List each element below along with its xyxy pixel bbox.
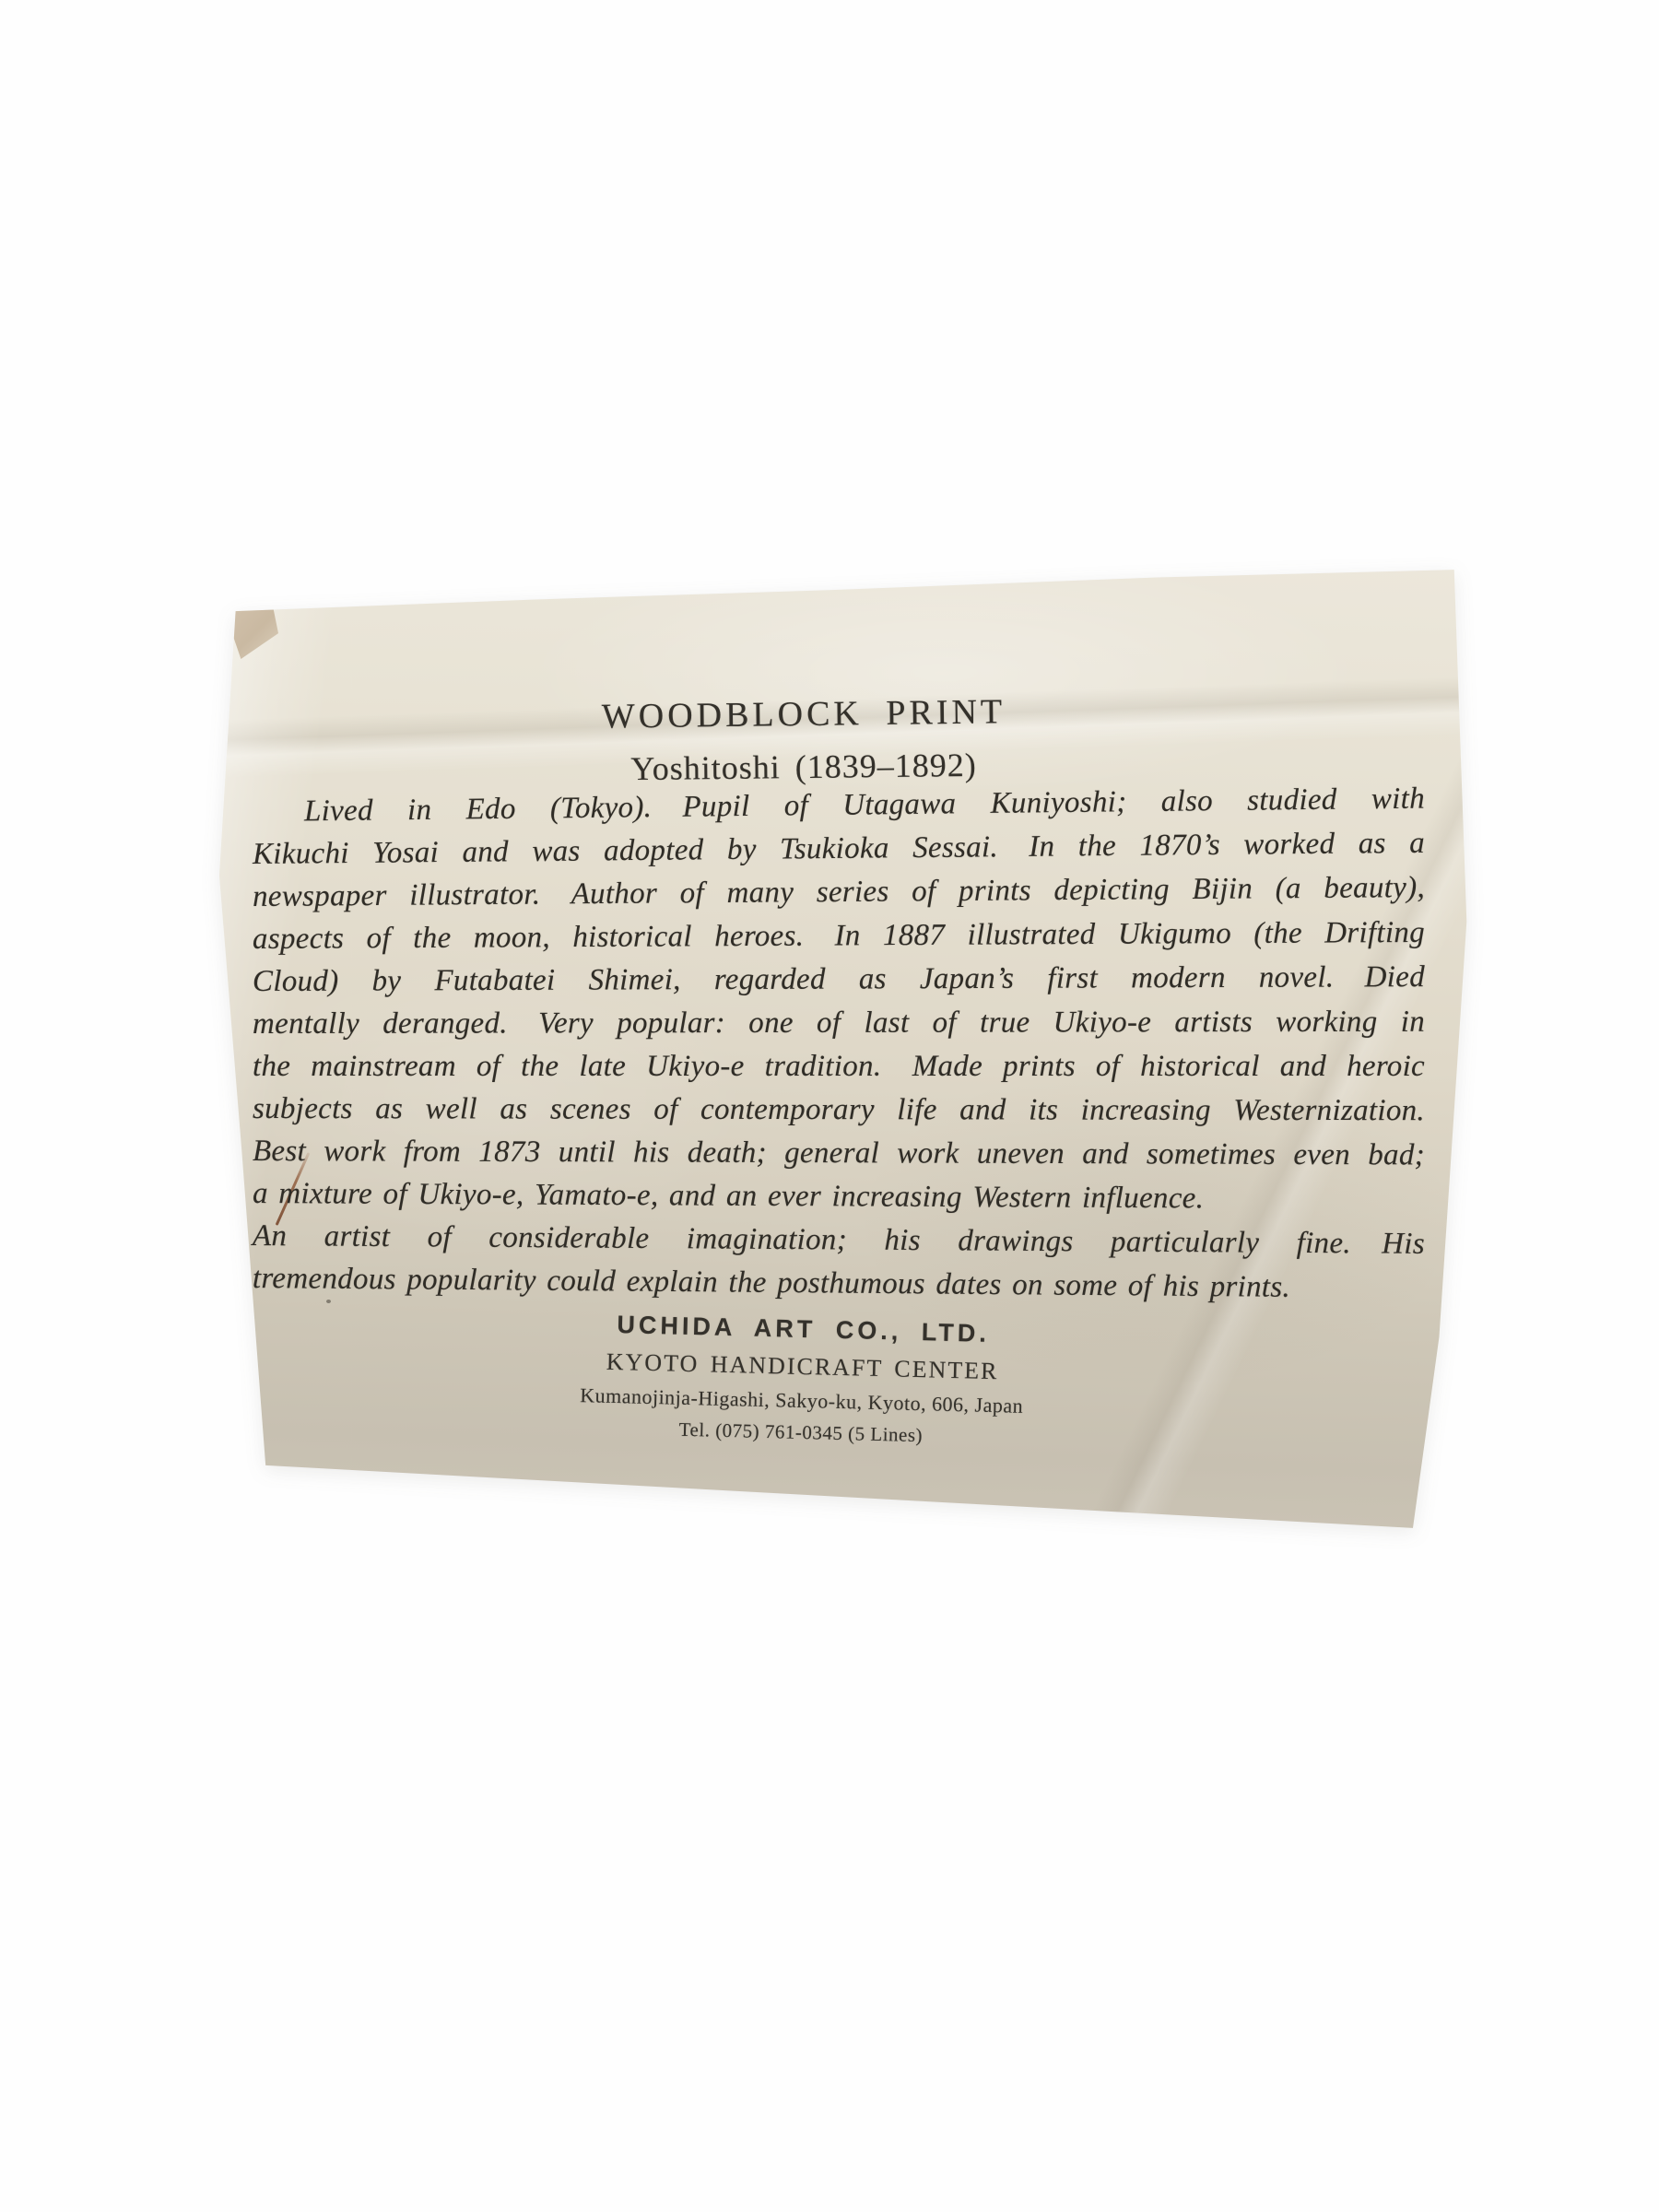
body-line: Cloud) by Futabatei Shimei, regarded as …: [253, 956, 1425, 1003]
paper-surface: WOODBLOCK PRINT Yoshitoshi (1839–1892) L…: [219, 567, 1469, 1531]
body-line: tremendous popularity could explain the …: [253, 1257, 1425, 1310]
label-title: WOODBLOCK PRINT: [251, 688, 1357, 742]
body-line: aspects of the moon, historical heroes. …: [253, 912, 1425, 960]
photo-background: WOODBLOCK PRINT Yoshitoshi (1839–1892) L…: [0, 0, 1659, 2212]
body-line: newspaper illustrator. Author of many se…: [253, 866, 1425, 918]
publisher-block: UCHIDA ART CO., LTD. KYOTO HANDICRAFT CE…: [248, 1301, 1357, 1457]
body-line: a mixture of Ukiyo-e, Yamato-e, and an e…: [253, 1172, 1425, 1221]
body-line: the mainstream of the late Ukiyo-e tradi…: [253, 1045, 1425, 1088]
label-paper: WOODBLOCK PRINT Yoshitoshi (1839–1892) L…: [219, 567, 1469, 1531]
body-line: mentally deranged. Very popular: one of …: [253, 1001, 1425, 1045]
body-line: subjects as well as scenes of contempora…: [253, 1088, 1425, 1132]
body-line: An artist of considerable imagination; h…: [253, 1215, 1425, 1265]
label-body: Lived in Edo (Tokyo). Pupil of Utagawa K…: [253, 791, 1425, 1300]
title-block: WOODBLOCK PRINT Yoshitoshi (1839–1892): [251, 694, 1357, 786]
corner-fold: [225, 602, 278, 659]
body-line: Best work from 1873 until his death; gen…: [253, 1130, 1425, 1176]
